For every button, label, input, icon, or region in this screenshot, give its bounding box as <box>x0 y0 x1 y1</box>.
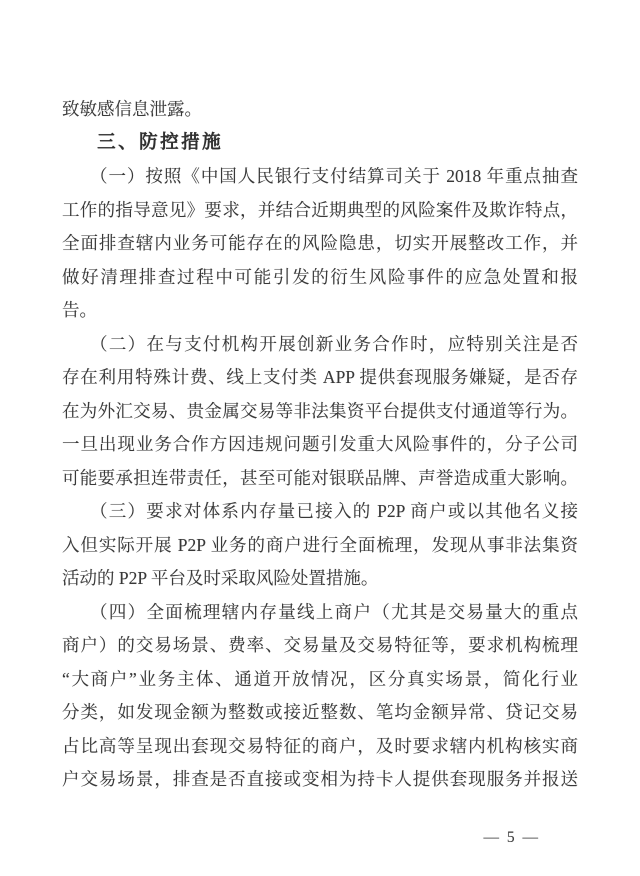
text-line: 存在利用特殊计费、线上支付类 APP 提供套现服务嫌疑，是否存 <box>62 361 578 395</box>
text-line: 一旦出现业务合作方因违规问题引发重大风险事件的，分子公司 <box>62 428 578 462</box>
text-line: （四）全面梳理辖内存量线上商户（尤其是交易量大的重点 <box>62 596 578 630</box>
text-line: 活动的 P2P 平台及时采取风险处置措施。 <box>62 562 578 596</box>
text-line: 全面排查辖内业务可能存在的风险隐患，切实开展整改工作，并 <box>62 227 578 261</box>
text-line: （二）在与支付机构开展创新业务合作时，应特别关注是否 <box>62 328 578 362</box>
text-line: 致敏感信息泄露。 <box>62 93 578 127</box>
text-line: 工作的指导意见》要求，并结合近期典型的风险案件及欺诈特点， <box>62 194 578 228</box>
document-body: 致敏感信息泄露。 三、防控措施 （一）按照《中国人民银行支付结算司关于 2018… <box>62 93 578 797</box>
text-line: 做好清理排查过程中可能引发的衍生风险事件的应急处置和报 <box>62 261 578 295</box>
text-line: 可能要承担连带责任，甚至可能对银联品牌、声誉造成重大影响。 <box>62 462 578 496</box>
text-line: 户交易场景，排查是否直接或变相为持卡人提供套现服务并报送 <box>62 763 578 797</box>
text-line: 在为外汇交易、贵金属交易等非法集资平台提供支付通道等行为。 <box>62 395 578 429</box>
text-line: （三）要求对体系内存量已接入的 P2P 商户或以其他名义接 <box>62 495 578 529</box>
text-line: 入但实际开展 P2P 业务的商户进行全面梳理，发现从事非法集资 <box>62 529 578 563</box>
text-line: 商户）的交易场景、费率、交易量及交易特征等，要求机构梳理 <box>62 629 578 663</box>
document-page: 致敏感信息泄露。 三、防控措施 （一）按照《中国人民银行支付结算司关于 2018… <box>0 0 640 876</box>
text-line: 分类，如发现金额为整数或接近整数、笔均金额异常、贷记交易 <box>62 696 578 730</box>
section-heading: 三、防控措施 <box>62 127 578 161</box>
text-line: （一）按照《中国人民银行支付结算司关于 2018 年重点抽查 <box>62 160 578 194</box>
text-line: 告。 <box>62 294 578 328</box>
text-line: 占比高等呈现出套现交易特征的商户，及时要求辖内机构核实商 <box>62 730 578 764</box>
text-line: “大商户”业务主体、通道开放情况，区分真实场景，简化行业 <box>62 663 578 697</box>
page-number: — 5 — <box>0 826 640 850</box>
